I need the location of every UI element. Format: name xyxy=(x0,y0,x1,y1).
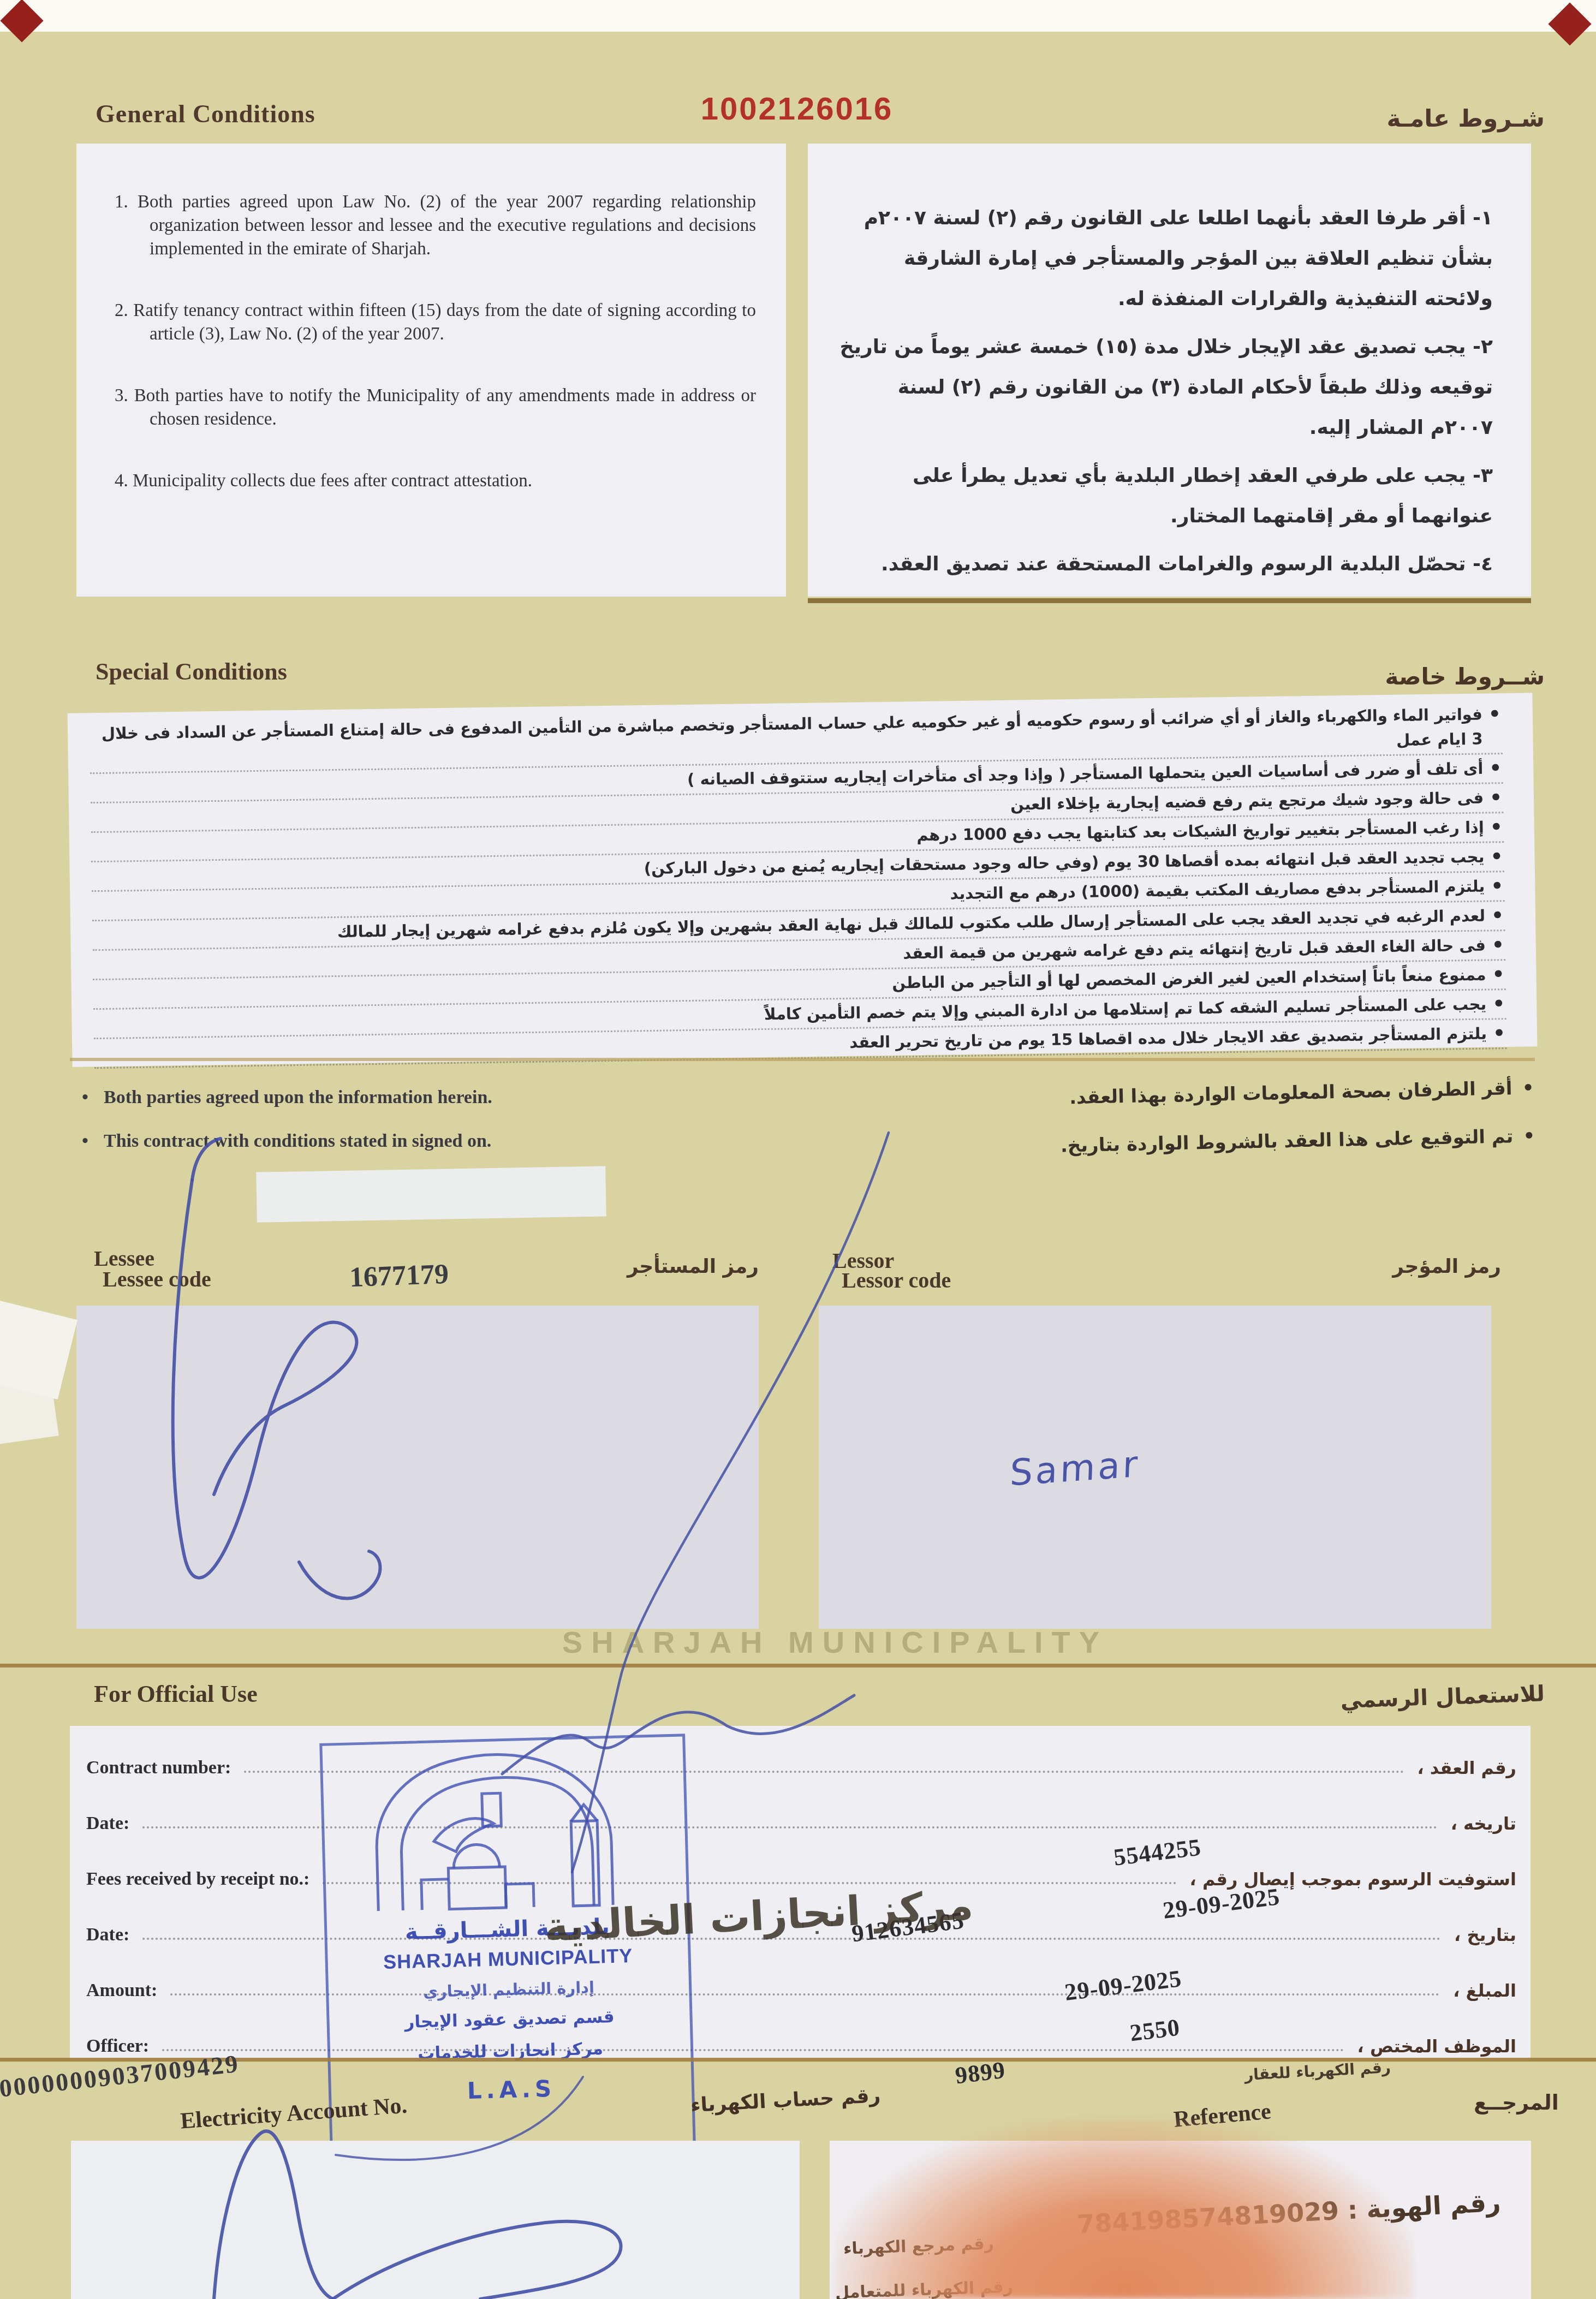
tenancy-contract-page: General Conditions 1002126016 شـروط عامـ… xyxy=(0,0,1596,2299)
reference-label-ar: المرجــع xyxy=(1474,2090,1559,2115)
row-label-en: Officer: xyxy=(86,2036,149,2057)
lessee-code-label-ar: رمز المستأجر xyxy=(579,1255,759,1278)
official-row-amount: Amount: المبلغ ، xyxy=(70,1949,1531,2004)
general-conditions-title-ar: شـروط عامـة xyxy=(1310,105,1545,133)
municipality-watermark: SHARJAH MUNICIPALITY xyxy=(469,1624,1201,1660)
general-condition-en-1: 1. Both parties agreed upon Law No. (2) … xyxy=(115,190,756,261)
general-condition-ar-2: ٢- يجب تصديق عقد الإيجار خلال مدة (١٥) خ… xyxy=(838,327,1498,448)
agreement-statements-en: Both parties agreed upon the information… xyxy=(82,1087,737,1175)
official-row-contract-number: Contract number: رقم العقد ، xyxy=(70,1726,1531,1782)
lessee-signature-box xyxy=(76,1306,759,1629)
agreement-en-1: Both parties agreed upon the information… xyxy=(82,1087,737,1108)
general-condition-ar-3: ٣- يجب على طرفي العقد إخطار البلدية بأي … xyxy=(838,456,1498,537)
official-use-title-ar: للاستعمال الرسمي xyxy=(1299,1681,1545,1715)
general-conditions-title-en: General Conditions xyxy=(96,99,315,128)
official-use-title-en: For Official Use xyxy=(94,1680,258,1708)
row-label-en: Amount: xyxy=(86,1980,157,2001)
official-row-officer: Officer: الموظف المختص ، xyxy=(70,2004,1531,2060)
special-box-shadow-line xyxy=(70,1058,1535,1061)
row-label-ar: بتاريخ ، xyxy=(1454,1925,1516,1945)
lessee-code-value: 1677179 xyxy=(349,1258,449,1294)
agreement-en-2: This contract with conditions stated in … xyxy=(82,1131,737,1152)
lessor-signature-box xyxy=(819,1306,1491,1629)
electricity-account-label-ar: رقم حساب الكهرباء xyxy=(690,2084,881,2117)
special-conditions-title-en: Special Conditions xyxy=(96,658,287,686)
arabic-box-underline xyxy=(808,598,1531,603)
general-conditions-list-en: 1. Both parties agreed upon Law No. (2) … xyxy=(76,144,786,493)
row-label-ar: تاريخه ، xyxy=(1451,1813,1516,1834)
tape-mark xyxy=(0,1371,59,1446)
lessee-code-label: Lessee code xyxy=(103,1266,211,1292)
scan-top-edge xyxy=(0,0,1596,32)
stamp-section-line: قسم تصديق عقود الإيجار xyxy=(329,2005,690,2034)
property-electricity-label-ar: رقم الكهرباء للعقار xyxy=(1244,2058,1391,2084)
general-condition-ar-4: ٤- تحصّل البلدية الرسوم والغرامات المستح… xyxy=(838,544,1498,585)
agreement-ar-2: تم التوقيع على هذا العقد بالشروط الواردة… xyxy=(873,1125,1535,1160)
special-conditions-list: فواتير الماء والكهرباء والغاز أو أي ضرائ… xyxy=(68,693,1538,1069)
official-row-receipt: Fees received by receipt no.: استوفيت ال… xyxy=(70,1837,1531,1893)
lessor-code-label: Lessor code xyxy=(842,1267,951,1293)
white-patch xyxy=(256,1166,606,1222)
row-label-ar: المبلغ ، xyxy=(1453,1980,1516,2001)
official-row-date-1: Date: تاريخه ، xyxy=(70,1782,1531,1837)
general-conditions-list-ar: ١- أقر طرفا العقد بأنهما اطلعا على القان… xyxy=(808,144,1531,585)
general-condition-en-3: 3. Both parties have to notify the Munic… xyxy=(115,384,756,431)
stamp-dept-line: إدارة التنظيم الإيجاري xyxy=(329,1975,689,2003)
electricity-signature-box xyxy=(71,2141,800,2299)
row-label-en: Fees received by receipt no.: xyxy=(86,1869,309,1890)
general-condition-ar-1: ١- أقر طرفا العقد بأنهما اطلعا على القان… xyxy=(838,198,1498,319)
lessor-code-label-ar: رمز المؤجر xyxy=(1326,1255,1501,1278)
row-label-en: Contract number: xyxy=(86,1758,231,1778)
row-label-en: Date: xyxy=(86,1813,129,1834)
row-label-ar: الموظف المختص ، xyxy=(1357,2036,1516,2057)
section-divider xyxy=(0,1664,1596,1667)
row-label-en: Date: xyxy=(86,1925,129,1945)
row-label-ar: رقم العقد ، xyxy=(1418,1758,1516,1778)
general-conditions-box-en: 1. Both parties agreed upon Law No. (2) … xyxy=(76,144,786,597)
general-condition-en-4: 4. Municipality collects due fees after … xyxy=(115,469,756,493)
stamp-arch-icon xyxy=(322,1736,687,1915)
general-conditions-box-ar: ١- أقر طرفا العقد بأنهما اطلعا على القان… xyxy=(808,144,1531,597)
special-conditions-box: فواتير الماء والكهرباء والغاز أو أي ضرائ… xyxy=(68,693,1538,1067)
finger-over-document xyxy=(835,2118,1414,2299)
contract-serial-number: 1002126016 xyxy=(644,91,950,127)
row-label-ar: استوفيت الرسوم بموجب إيصال رقم ، xyxy=(1190,1869,1516,1890)
general-condition-en-2: 2. Ratify tenancy contract within fiftee… xyxy=(115,299,756,346)
agreement-ar-1: أقر الطرفان بصحة المعلومات الواردة بهذا … xyxy=(872,1077,1534,1112)
agreement-statements-ar: أقر الطرفان بصحة المعلومات الواردة بهذا … xyxy=(872,1077,1535,1187)
special-conditions-title-ar: شــروط خاصة xyxy=(1299,663,1545,690)
